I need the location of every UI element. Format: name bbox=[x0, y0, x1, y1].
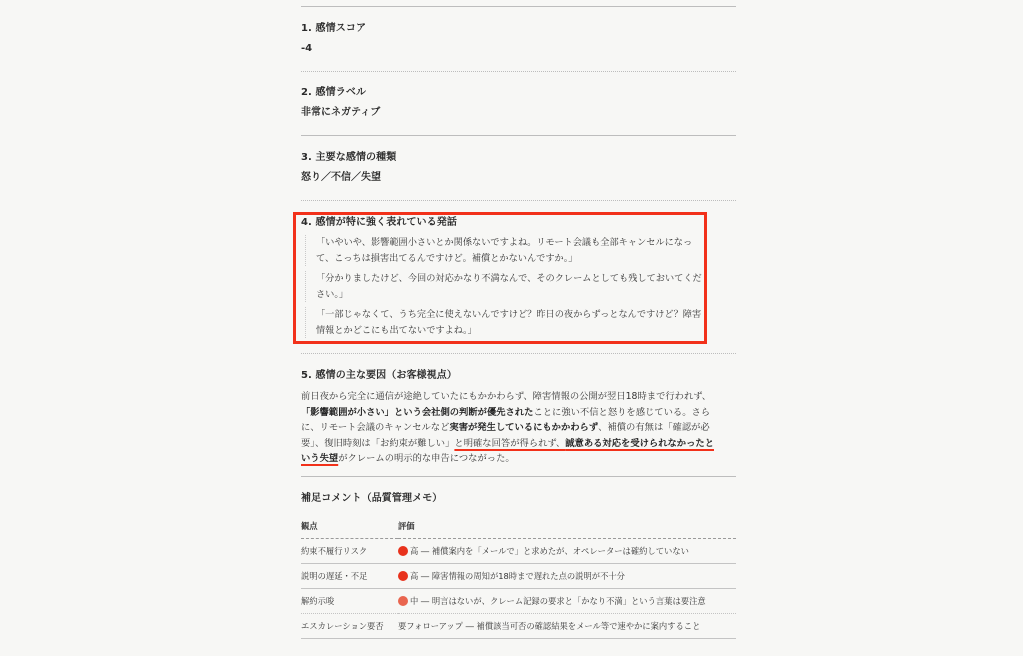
aspect-cell: 約束不履行リスク bbox=[301, 539, 398, 564]
memo-heading: 補足コメント（品質管理メモ） bbox=[301, 492, 736, 506]
evaluation-cell: 高 ― 補償案内を「メールで」と求めたが、オペレーターは確約していない bbox=[398, 539, 736, 564]
emotion-types-value: 怒り／不信／失望 bbox=[301, 171, 736, 185]
divider bbox=[301, 353, 736, 354]
column-header: 観点 bbox=[301, 514, 398, 539]
bold-run: 「影響範囲が小さい」という会社側の判断が優先された bbox=[301, 407, 533, 418]
quote-utterance: 「いやいや、影響範囲小さいとか関係ないですよね。リモート会議も全部キャンセルにな… bbox=[305, 235, 706, 266]
aspect-cell: 説明の遅延・不足 bbox=[301, 564, 398, 589]
divider bbox=[301, 476, 736, 477]
evaluation-text: 高 ― 障害情報の周知が18時まで遅れた点の説明が不十分 bbox=[410, 571, 625, 581]
section-emotion-label: 2. 感情ラベル 非常にネガティブ bbox=[301, 86, 736, 120]
table-header-row: 観点 評価 bbox=[301, 514, 736, 539]
column-header: 評価 bbox=[398, 514, 736, 539]
evaluation-text: 高 ― 補償案内を「メールで」と求めたが、オペレーターは確約していない bbox=[410, 546, 689, 556]
section-heading: 2. 感情ラベル bbox=[301, 86, 736, 100]
red-circle-icon bbox=[398, 571, 408, 581]
text-run: がクレームの明示的な申告につながった。 bbox=[338, 453, 514, 464]
evaluation-cell: 高 ― 障害情報の周知が18時まで遅れた点の説明が不十分 bbox=[398, 564, 736, 589]
emotion-label-value: 非常にネガティブ bbox=[301, 106, 736, 120]
section-quality-memo: 補足コメント（品質管理メモ） 観点 評価 約束不履行リスク 高 ― 補償案内を「… bbox=[301, 492, 736, 639]
quote-utterance: 「分かりましたけど、今回の対応かなり不満なんで、そのクレームとしても残しておいて… bbox=[305, 271, 706, 302]
evaluation-cell: 中 ― 明言はないが、クレーム記録の要求と「かなり不満」という言葉は要注意 bbox=[398, 589, 736, 614]
red-circle-icon bbox=[398, 546, 408, 556]
emotion-score-value: -4 bbox=[301, 42, 736, 56]
divider bbox=[301, 6, 736, 7]
section-heading: 3. 主要な感情の種類 bbox=[301, 151, 736, 165]
section-heading: 1. 感情スコア bbox=[301, 22, 736, 36]
text-run: 前日夜から完全に通信が途絶していたにもかかわらず、障害情報の公開が翌日18時まで… bbox=[301, 391, 711, 402]
aspect-cell: 解約示唆 bbox=[301, 589, 398, 614]
bold-run: 実害が発生しているにもかかわらず bbox=[449, 422, 598, 433]
evaluation-cell: 要フォローアップ ― 補償該当可否の確認結果をメール等で速やかに案内すること bbox=[398, 614, 736, 639]
section-emotion-score: 1. 感情スコア -4 bbox=[301, 22, 736, 56]
table-row: 説明の遅延・不足 高 ― 障害情報の周知が18時まで遅れた点の説明が不十分 bbox=[301, 564, 736, 589]
section-emotion-causes: 5. 感情の主な要因（お客様視点） 前日夜から完全に通信が途絶していたにもかかわ… bbox=[301, 369, 736, 467]
quote-utterance: 「一部じゃなくて、うち完全に使えないんですけど？昨日の夜からずっとなんですけど？… bbox=[305, 307, 706, 338]
section-strong-utterances: 4. 感情が特に強く表れている発話 「いやいや、影響範囲小さいとか関係ないですよ… bbox=[301, 216, 736, 338]
evaluation-text: 中 ― 明言はないが、クレーム記録の要求と「かなり不満」という言葉は要注意 bbox=[410, 596, 706, 606]
aspect-cell: エスカレーション要否 bbox=[301, 614, 398, 639]
section-heading: 4. 感情が特に強く表れている発話 bbox=[301, 216, 736, 230]
table-row: エスカレーション要否 要フォローアップ ― 補償該当可否の確認結果をメール等で速… bbox=[301, 614, 736, 639]
divider bbox=[301, 71, 736, 72]
table-row: 約束不履行リスク 高 ― 補償案内を「メールで」と求めたが、オペレーターは確約し… bbox=[301, 539, 736, 564]
causes-paragraph: 前日夜から完全に通信が途絶していたにもかかわらず、障害情報の公開が翌日18時まで… bbox=[301, 389, 721, 467]
section-emotion-types: 3. 主要な感情の種類 怒り／不信／失望 bbox=[301, 151, 736, 185]
divider bbox=[301, 135, 736, 136]
divider bbox=[301, 200, 736, 201]
underlined-run: と明確な回答が得られず、 bbox=[454, 438, 565, 449]
section-heading: 5. 感情の主な要因（お客様視点） bbox=[301, 369, 736, 383]
orange-circle-icon bbox=[398, 596, 408, 606]
memo-table: 観点 評価 約束不履行リスク 高 ― 補償案内を「メールで」と求めたが、オペレー… bbox=[301, 514, 736, 639]
table-row: 解約示唆 中 ― 明言はないが、クレーム記録の要求と「かなり不満」という言葉は要… bbox=[301, 589, 736, 614]
